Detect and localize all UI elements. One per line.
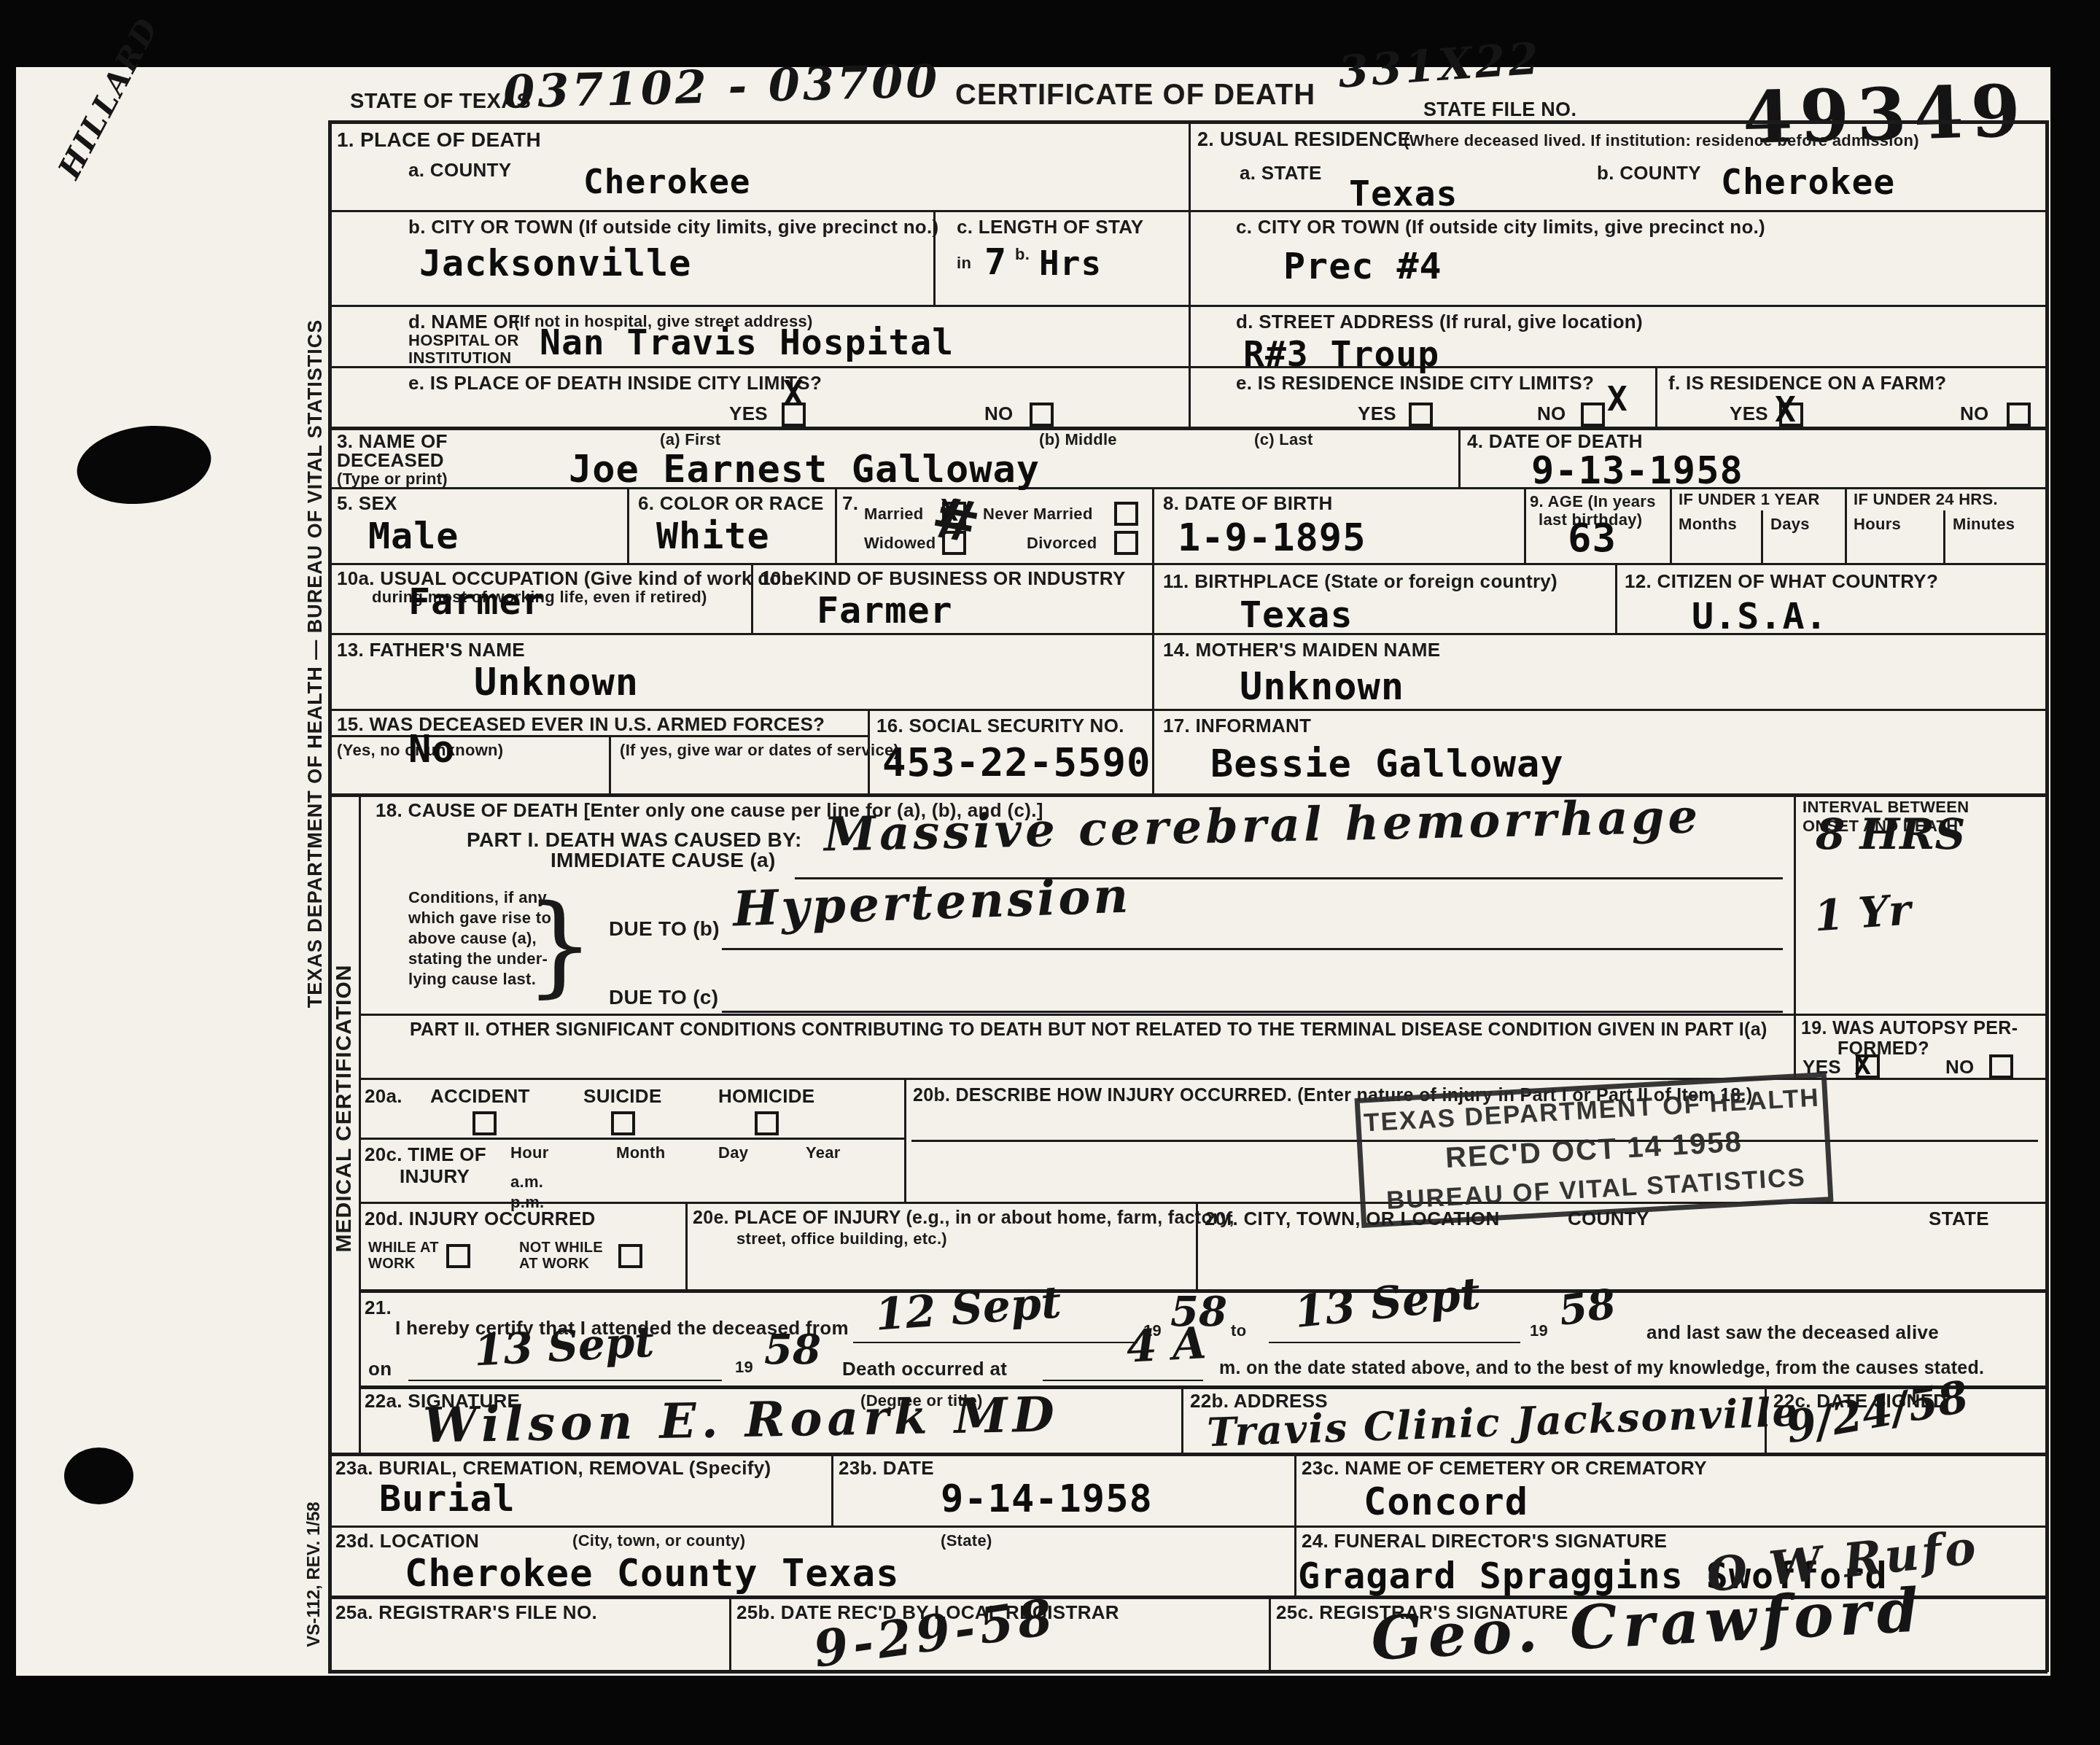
to-year-handwriting: 58 — [1556, 1280, 1619, 1335]
scan-border-top — [0, 0, 2100, 67]
work-label: WORK — [368, 1256, 416, 1272]
res-county-label: b. COUNTY — [1597, 162, 1701, 184]
location-sub2: (State) — [941, 1531, 992, 1550]
death-time-handwriting: 4 A — [1125, 1318, 1207, 1373]
widowed-checkbox — [942, 531, 966, 555]
stamp-line2: REC'D OCT 14 1958 — [1444, 1125, 1743, 1175]
hour-label: Hour — [510, 1143, 549, 1162]
pod-limits-no-label: NO — [984, 403, 1014, 425]
hospital-label2: HOSPITAL OR — [408, 331, 519, 350]
punch-hole-bottom — [64, 1447, 133, 1504]
armed-forces-value: No — [408, 728, 456, 772]
occupation-value: Farmer — [408, 580, 545, 623]
pod-county-label: a. COUNTY — [408, 159, 511, 182]
name-label3: (Type or print) — [337, 470, 448, 489]
pod-limits-no-checkbox — [1030, 403, 1054, 427]
location-value: Cherokee County Texas — [405, 1552, 899, 1596]
res-county-value: Cherokee — [1721, 162, 1895, 203]
location-sub1: (City, town, or county) — [572, 1531, 745, 1550]
months-label: Months — [1679, 515, 1737, 534]
divorced-checkbox — [1114, 531, 1138, 555]
name-first-label: (a) First — [660, 430, 720, 449]
injury-county-label: COUNTY — [1568, 1208, 1649, 1230]
injury-20c-label2: INJURY — [400, 1165, 470, 1188]
suicide-label: SUICIDE — [583, 1085, 662, 1108]
sex-value: Male — [368, 515, 459, 557]
divorced-label: Divorced — [1027, 534, 1097, 553]
res-farm-no-label: NO — [1960, 403, 1989, 425]
res-farm-no-checkbox — [2007, 403, 2031, 427]
month-label: Month — [616, 1143, 665, 1162]
res-farm-label: f. IS RESIDENCE ON A FARM? — [1668, 372, 1946, 395]
res-farm-yes-label: YES — [1730, 403, 1768, 425]
day-label: Day — [718, 1143, 748, 1162]
state-file-no-label: STATE FILE NO. — [1423, 98, 1576, 121]
accident-checkbox — [472, 1111, 497, 1135]
physician-signature: Wilson E. Roark MD — [422, 1385, 1059, 1453]
name-middle-label: (b) Middle — [1039, 430, 1117, 449]
res-limits-yes-checkbox — [1409, 403, 1433, 427]
received-stamp: TEXAS DEPARTMENT OF HEALTH REC'D OCT 14 … — [1355, 1072, 1834, 1228]
am-label: a.m. — [510, 1173, 543, 1192]
place-of-death-label: 1. PLACE OF DEATH — [337, 128, 541, 152]
pod-county-value: Cherokee — [583, 162, 751, 201]
accident-label: ACCIDENT — [430, 1085, 530, 1108]
hospital-name-label: d. NAME OF — [408, 311, 520, 333]
burial-value: Burial — [379, 1477, 516, 1520]
conditions-brace: } — [525, 882, 594, 1009]
res-city-label: c. CITY OR TOWN (If outside city limits,… — [1236, 216, 1765, 238]
injury-20c-label1: 20c. TIME OF — [365, 1143, 486, 1166]
minutes-label: Minutes — [1953, 515, 2015, 534]
certify-line2: m. on the date stated above, and to the … — [1219, 1358, 1984, 1379]
cemetery-label: 23c. NAME OF CEMETERY OR CREMATORY — [1302, 1457, 1707, 1480]
res-limits-no-label: NO — [1537, 403, 1566, 425]
race-label: 6. COLOR OR RACE — [638, 492, 824, 515]
year-label: Year — [806, 1143, 841, 1162]
vertical-medical-certification-text: MEDICAL CERTIFICATION — [332, 853, 355, 1364]
date-of-birth-label: 8. DATE OF BIRTH — [1163, 492, 1333, 515]
to-word: to — [1231, 1321, 1246, 1340]
res-limits-label: e. IS RESIDENCE INSIDE CITY LIMITS? — [1236, 372, 1594, 395]
citizen-label: 12. CITIZEN OF WHAT COUNTRY? — [1625, 570, 1938, 593]
death-certificate-scan: HILLARD TEXAS DEPARTMENT OF HEALTH — BUR… — [0, 0, 2100, 1745]
name-last-label: (c) Last — [1254, 430, 1313, 449]
marital-label: 7. — [842, 492, 858, 515]
conditions-note-5: lying cause last. — [408, 970, 536, 989]
length-of-stay-unit: Hrs — [1039, 244, 1102, 283]
usual-residence-note: (Where deceased lived. If institution: r… — [1404, 131, 1919, 150]
burial-label: 23a. BURIAL, CREMATION, REMOVAL (Specify… — [335, 1457, 771, 1480]
res-limits-no-mark: X — [1607, 379, 1627, 419]
under-1-year-label: IF UNDER 1 YEAR — [1679, 490, 1820, 509]
informant-value: Bessie Galloway — [1210, 742, 1564, 786]
autopsy-label1: 19. WAS AUTOPSY PER- — [1801, 1018, 2018, 1039]
age-value: 63 — [1568, 515, 1617, 561]
burial-date-label: 23b. DATE — [839, 1457, 934, 1480]
interval-b-handwriting: 1 Yr — [1813, 885, 1913, 941]
length-of-stay-in: in — [957, 254, 971, 273]
certify-line1b: and last saw the deceased alive — [1646, 1321, 1939, 1344]
certificate-title: CERTIFICATE OF DEATH — [955, 79, 1315, 112]
pod-city-label: b. CITY OR TOWN (If outside city limits,… — [408, 216, 938, 238]
on-year-prefix: 19 — [735, 1358, 753, 1377]
armed-forces-sub2: (If yes, give war or dates of service) — [620, 741, 899, 760]
autopsy-yes-mark: X — [1854, 1049, 1871, 1081]
interval-a-handwriting: 8 HRS — [1816, 809, 1965, 859]
last-seen-date: 13 Sept — [472, 1317, 655, 1376]
citizen-value: U.S.A. — [1692, 595, 1828, 637]
on-word: on — [368, 1358, 392, 1380]
injury-state-label: STATE — [1929, 1208, 1989, 1230]
autopsy-label2: FORMED? — [1837, 1038, 1929, 1060]
place-of-injury-label2: street, office building, etc.) — [736, 1229, 947, 1248]
injury-occurred-label: 20d. INJURY OCCURRED — [365, 1208, 596, 1230]
while-at-work-checkbox — [446, 1244, 470, 1268]
length-of-stay-sub: b. — [1015, 245, 1030, 264]
hospital-value: Nan Travis Hospital — [540, 322, 954, 363]
hours-label: Hours — [1854, 515, 1901, 534]
birthplace-value: Texas — [1240, 594, 1353, 636]
on-year-handwriting: 58 — [764, 1326, 821, 1374]
age-label: 9. AGE (In years — [1530, 492, 1656, 511]
res-state-label: a. STATE — [1240, 162, 1322, 184]
never-married-checkbox — [1114, 502, 1138, 526]
res-city-value: Prec #4 — [1283, 245, 1442, 287]
homicide-label: HOMICIDE — [718, 1085, 814, 1108]
sex-label: 5. SEX — [337, 492, 397, 515]
industry-label: 10b. KIND OF BUSINESS OR INDUSTRY — [760, 567, 1126, 590]
pod-city-value: Jacksonville — [419, 242, 691, 284]
length-of-stay-value: 7 — [984, 241, 1007, 283]
name-label2: DECEASED — [337, 449, 444, 472]
vertical-form-number: VS-112, REV. 1/58 — [304, 1465, 323, 1684]
scan-border-right — [2050, 0, 2100, 1745]
usual-residence-label: 2. USUAL RESIDENCE — [1197, 128, 1411, 151]
certify-number-label: 21. — [365, 1297, 392, 1319]
length-of-stay-label: c. LENGTH OF STAY — [957, 216, 1143, 238]
scan-border-bottom — [0, 1676, 2100, 1745]
suicide-checkbox — [611, 1111, 635, 1135]
deceased-name-value: Joe Earnest Galloway — [569, 448, 1040, 491]
scan-border-left — [0, 0, 16, 1745]
conditions-note-3: above cause (a), — [408, 929, 537, 948]
res-limits-yes-label: YES — [1358, 403, 1396, 425]
cemetery-value: Concord — [1364, 1480, 1528, 1524]
occupation-label: 10a. USUAL OCCUPATION (Give kind of work… — [337, 567, 804, 590]
not-while-label: NOT WHILE — [519, 1240, 603, 1256]
industry-value: Farmer — [817, 589, 953, 631]
res-street-value: R#3 Troup — [1243, 334, 1439, 375]
days-label: Days — [1770, 515, 1810, 534]
pod-limits-label: e. IS PLACE OF DEATH INSIDE CITY LIMITS? — [408, 372, 822, 395]
ssn-label: 16. SOCIAL SECURITY NO. — [876, 715, 1124, 737]
injury-20a-label: 20a. — [365, 1085, 402, 1108]
injury-city-label: 20f. CITY, TOWN, OR LOCATION — [1205, 1208, 1500, 1230]
autopsy-no-checkbox — [1989, 1054, 2013, 1079]
married-label: Married — [864, 505, 924, 524]
hospital-label3: INSTITUTION — [408, 349, 511, 368]
homicide-checkbox — [755, 1111, 779, 1135]
under-24-hrs-label: IF UNDER 24 HRS. — [1854, 490, 1998, 509]
funeral-director-label: 24. FUNERAL DIRECTOR'S SIGNATURE — [1302, 1530, 1667, 1552]
res-street-label: d. STREET ADDRESS (If rural, give locati… — [1236, 311, 1643, 333]
autopsy-no-label: NO — [1945, 1056, 1975, 1079]
death-occurred-label: Death occurred at — [842, 1358, 1007, 1380]
mother-name-label: 14. MOTHER'S MAIDEN NAME — [1163, 639, 1440, 661]
immediate-cause-label: IMMEDIATE CAUSE (a) — [551, 849, 776, 872]
date-of-death-value: 9-13-1958 — [1531, 449, 1743, 493]
ssn-value: 453-22-5590 — [882, 739, 1151, 785]
never-married-label: Never Married — [983, 505, 1093, 524]
pod-limits-yes-mark: X — [783, 373, 804, 413]
part2-label: PART II. OTHER SIGNIFICANT CONDITIONS CO… — [410, 1019, 1767, 1041]
mother-name-value: Unknown — [1240, 665, 1404, 709]
father-name-label: 13. FATHER'S NAME — [337, 639, 525, 661]
informant-label: 17. INFORMANT — [1163, 715, 1311, 737]
res-limits-no-checkbox — [1581, 403, 1605, 427]
while-at-label: WHILE AT — [368, 1240, 439, 1256]
location-label: 23d. LOCATION — [335, 1530, 479, 1552]
at-work-label: AT WORK — [519, 1256, 589, 1272]
date-of-birth-value: 1-9-1895 — [1178, 516, 1366, 560]
to-year-prefix: 19 — [1530, 1321, 1548, 1340]
res-farm-yes-mark: X — [1775, 389, 1796, 430]
not-while-at-work-checkbox — [618, 1244, 642, 1268]
race-value: White — [656, 515, 770, 557]
widowed-label: Widowed — [864, 534, 936, 553]
vertical-agency-text: TEXAS DEPARTMENT OF HEALTH — BUREAU OF V… — [304, 263, 326, 1065]
burial-date-value: 9-14-1958 — [941, 1477, 1153, 1521]
res-state-value: Texas — [1349, 174, 1458, 214]
place-of-injury-label1: 20e. PLACE OF INJURY (e.g., in or about … — [693, 1208, 1234, 1229]
registrar-file-label: 25a. REGISTRAR'S FILE NO. — [335, 1601, 597, 1624]
pod-limits-yes-label: YES — [729, 403, 768, 425]
birthplace-label: 11. BIRTHPLACE (State or foreign country… — [1163, 570, 1557, 593]
due-to-c-label: DUE TO (c) — [609, 986, 718, 1009]
due-to-b-label: DUE TO (b) — [609, 917, 720, 941]
father-name-value: Unknown — [474, 661, 639, 704]
